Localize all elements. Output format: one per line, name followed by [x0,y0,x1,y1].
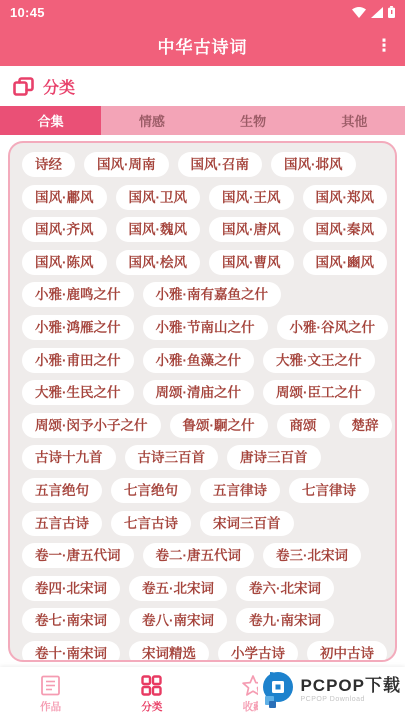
chip-row: 小雅·鸿雁之什小雅·节南山之什小雅·谷风之什 [22,315,389,340]
category-chip[interactable]: 大雅·文王之什 [263,348,375,373]
category-chip[interactable]: 国风·豳风 [303,250,388,275]
chip-row: 诗经国风·周南国风·召南国风·邶风 [22,152,389,177]
category-chip[interactable]: 五言律诗 [200,478,280,503]
category-chip[interactable]: 七言律诗 [289,478,369,503]
status-icons [352,6,395,18]
nav-item-2[interactable]: 分类 [101,667,202,720]
category-chip[interactable]: 卷一·唐五代词 [22,543,134,568]
category-chip[interactable]: 周颂·臣工之什 [263,380,375,405]
category-chip[interactable]: 诗经 [22,152,75,177]
chip-row: 卷七·南宋词卷八·南宋词卷九·南宋词 [22,608,389,633]
category-chip[interactable]: 卷二·唐五代词 [143,543,255,568]
category-chip[interactable]: 国风·桧风 [116,250,201,275]
category-chip[interactable]: 七言古诗 [111,511,191,536]
category-chip[interactable]: 卷七·南宋词 [22,608,120,633]
category-chip[interactable]: 卷八·南宋词 [129,608,227,633]
overflow-menu-icon[interactable]: ⋮ [369,24,399,66]
category-chip[interactable]: 国风·魏风 [116,217,201,242]
chip-row: 国风·陈风国风·桧风国风·曹风国风·豳风 [22,250,389,275]
category-chip[interactable]: 五言绝句 [22,478,102,503]
category-chip[interactable]: 宋词精选 [129,641,209,662]
category-chip[interactable]: 国风·召南 [178,152,263,177]
category-chip[interactable]: 国风·齐风 [22,217,107,242]
category-chip[interactable]: 小雅·鸿雁之什 [22,315,134,340]
category-chip[interactable]: 鲁颂·駉之什 [170,413,268,438]
tab-bar: 合集情感生物其他 [0,106,405,135]
chip-row: 古诗十九首古诗三百首唐诗三百首 [22,445,389,470]
tab-3[interactable]: 生物 [203,106,304,135]
category-chip[interactable]: 古诗十九首 [22,445,116,470]
category-chip[interactable]: 古诗三百首 [125,445,219,470]
category-chip[interactable]: 国风·秦风 [303,217,388,242]
watermark-title: PCPOP下载 [300,677,401,696]
category-chip[interactable]: 楚辞 [339,413,392,438]
pcpop-watermark: PCPOP下载 PCPOP Download [258,668,405,712]
watermark-subtitle: PCPOP Download [300,696,401,703]
category-chip[interactable]: 卷四·北宋词 [22,576,120,601]
chip-row: 卷十·南宋词宋词精选小学古诗初中古诗 [22,641,389,662]
chip-container: 诗经国风·周南国风·召南国风·邶风国风·鄘风国风·卫风国风·王风国风·郑风国风·… [8,141,397,662]
category-chip[interactable]: 小雅·鱼藻之什 [143,348,255,373]
category-chip[interactable]: 小雅·节南山之什 [143,315,268,340]
category-chip[interactable]: 国风·周南 [84,152,169,177]
chip-row: 周颂·闵予小子之什鲁颂·駉之什商颂楚辞 [22,413,389,438]
grid-icon [140,674,163,697]
chip-row: 小雅·甫田之什小雅·鱼藻之什大雅·文王之什 [22,348,389,373]
nav-label: 分类 [141,699,162,714]
chip-row: 小雅·鹿鸣之什小雅·南有嘉鱼之什 [22,282,389,307]
category-chip[interactable]: 卷九·南宋词 [236,608,334,633]
chip-row: 卷一·唐五代词卷二·唐五代词卷三·北宋词 [22,543,389,568]
chip-row: 大雅·生民之什周颂·清庙之什周颂·臣工之什 [22,380,389,405]
category-chip[interactable]: 国风·曹风 [209,250,294,275]
status-time: 10:45 [10,5,45,20]
category-chip[interactable]: 七言绝句 [111,478,191,503]
category-chip[interactable]: 国风·邶风 [271,152,356,177]
category-chip[interactable]: 卷十·南宋词 [22,641,120,662]
chip-row: 卷四·北宋词卷五·北宋词卷六·北宋词 [22,576,389,601]
chip-row: 国风·鄘风国风·卫风国风·王风国风·郑风 [22,185,389,210]
category-chip[interactable]: 国风·卫风 [116,185,201,210]
category-chip[interactable]: 小雅·鹿鸣之什 [22,282,134,307]
category-chip[interactable]: 卷五·北宋词 [129,576,227,601]
category-chip[interactable]: 小学古诗 [218,641,298,662]
category-chip[interactable]: 国风·王风 [209,185,294,210]
battery-icon [388,6,395,18]
category-chip[interactable]: 唐诗三百首 [227,445,321,470]
category-chip[interactable]: 大雅·生民之什 [22,380,134,405]
category-chip[interactable]: 商颂 [277,413,330,438]
app-screen: 10:45 中华古诗词 ⋮ 分类 合集情感生物其他 诗经国风·周 [0,0,405,720]
chip-row: 五言古诗七言古诗宋词三百首 [22,511,389,536]
category-chip[interactable]: 周颂·闵予小子之什 [22,413,161,438]
category-chip[interactable]: 卷六·北宋词 [236,576,334,601]
pcpop-logo-icon [260,670,296,710]
document-lines-icon [39,674,62,697]
category-chip[interactable]: 周颂·清庙之什 [143,380,255,405]
category-chip[interactable]: 宋词三百首 [200,511,294,536]
tab-4[interactable]: 其他 [304,106,405,135]
section-title: 分类 [43,75,75,98]
category-chip[interactable]: 小雅·谷风之什 [277,315,389,340]
app-bar: 中华古诗词 ⋮ [0,24,405,66]
app-title: 中华古诗词 [158,33,248,58]
tab-1[interactable]: 合集 [0,106,101,135]
section-header: 分类 [0,66,405,106]
tab-2[interactable]: 情感 [101,106,202,135]
category-chip[interactable]: 卷三·北宋词 [263,543,361,568]
overlapping-squares-icon [13,77,34,96]
chip-row: 国风·齐风国风·魏风国风·唐风国风·秦风 [22,217,389,242]
nav-label: 作品 [40,699,61,714]
chip-row: 五言绝句七言绝句五言律诗七言律诗 [22,478,389,503]
category-chip[interactable]: 国风·郑风 [303,185,388,210]
category-chip[interactable]: 五言古诗 [22,511,102,536]
category-chip[interactable]: 小雅·甫田之什 [22,348,134,373]
cell-signal-icon [371,7,383,18]
category-chip[interactable]: 国风·鄘风 [22,185,107,210]
status-bar: 10:45 [0,0,405,24]
category-chip[interactable]: 国风·唐风 [209,217,294,242]
category-chip[interactable]: 初中古诗 [307,641,387,662]
wifi-icon [352,7,366,18]
nav-item-1[interactable]: 作品 [0,667,101,720]
watermark-text: PCPOP下载 PCPOP Download [300,677,401,703]
category-chip[interactable]: 小雅·南有嘉鱼之什 [143,282,282,307]
category-chip[interactable]: 国风·陈风 [22,250,107,275]
